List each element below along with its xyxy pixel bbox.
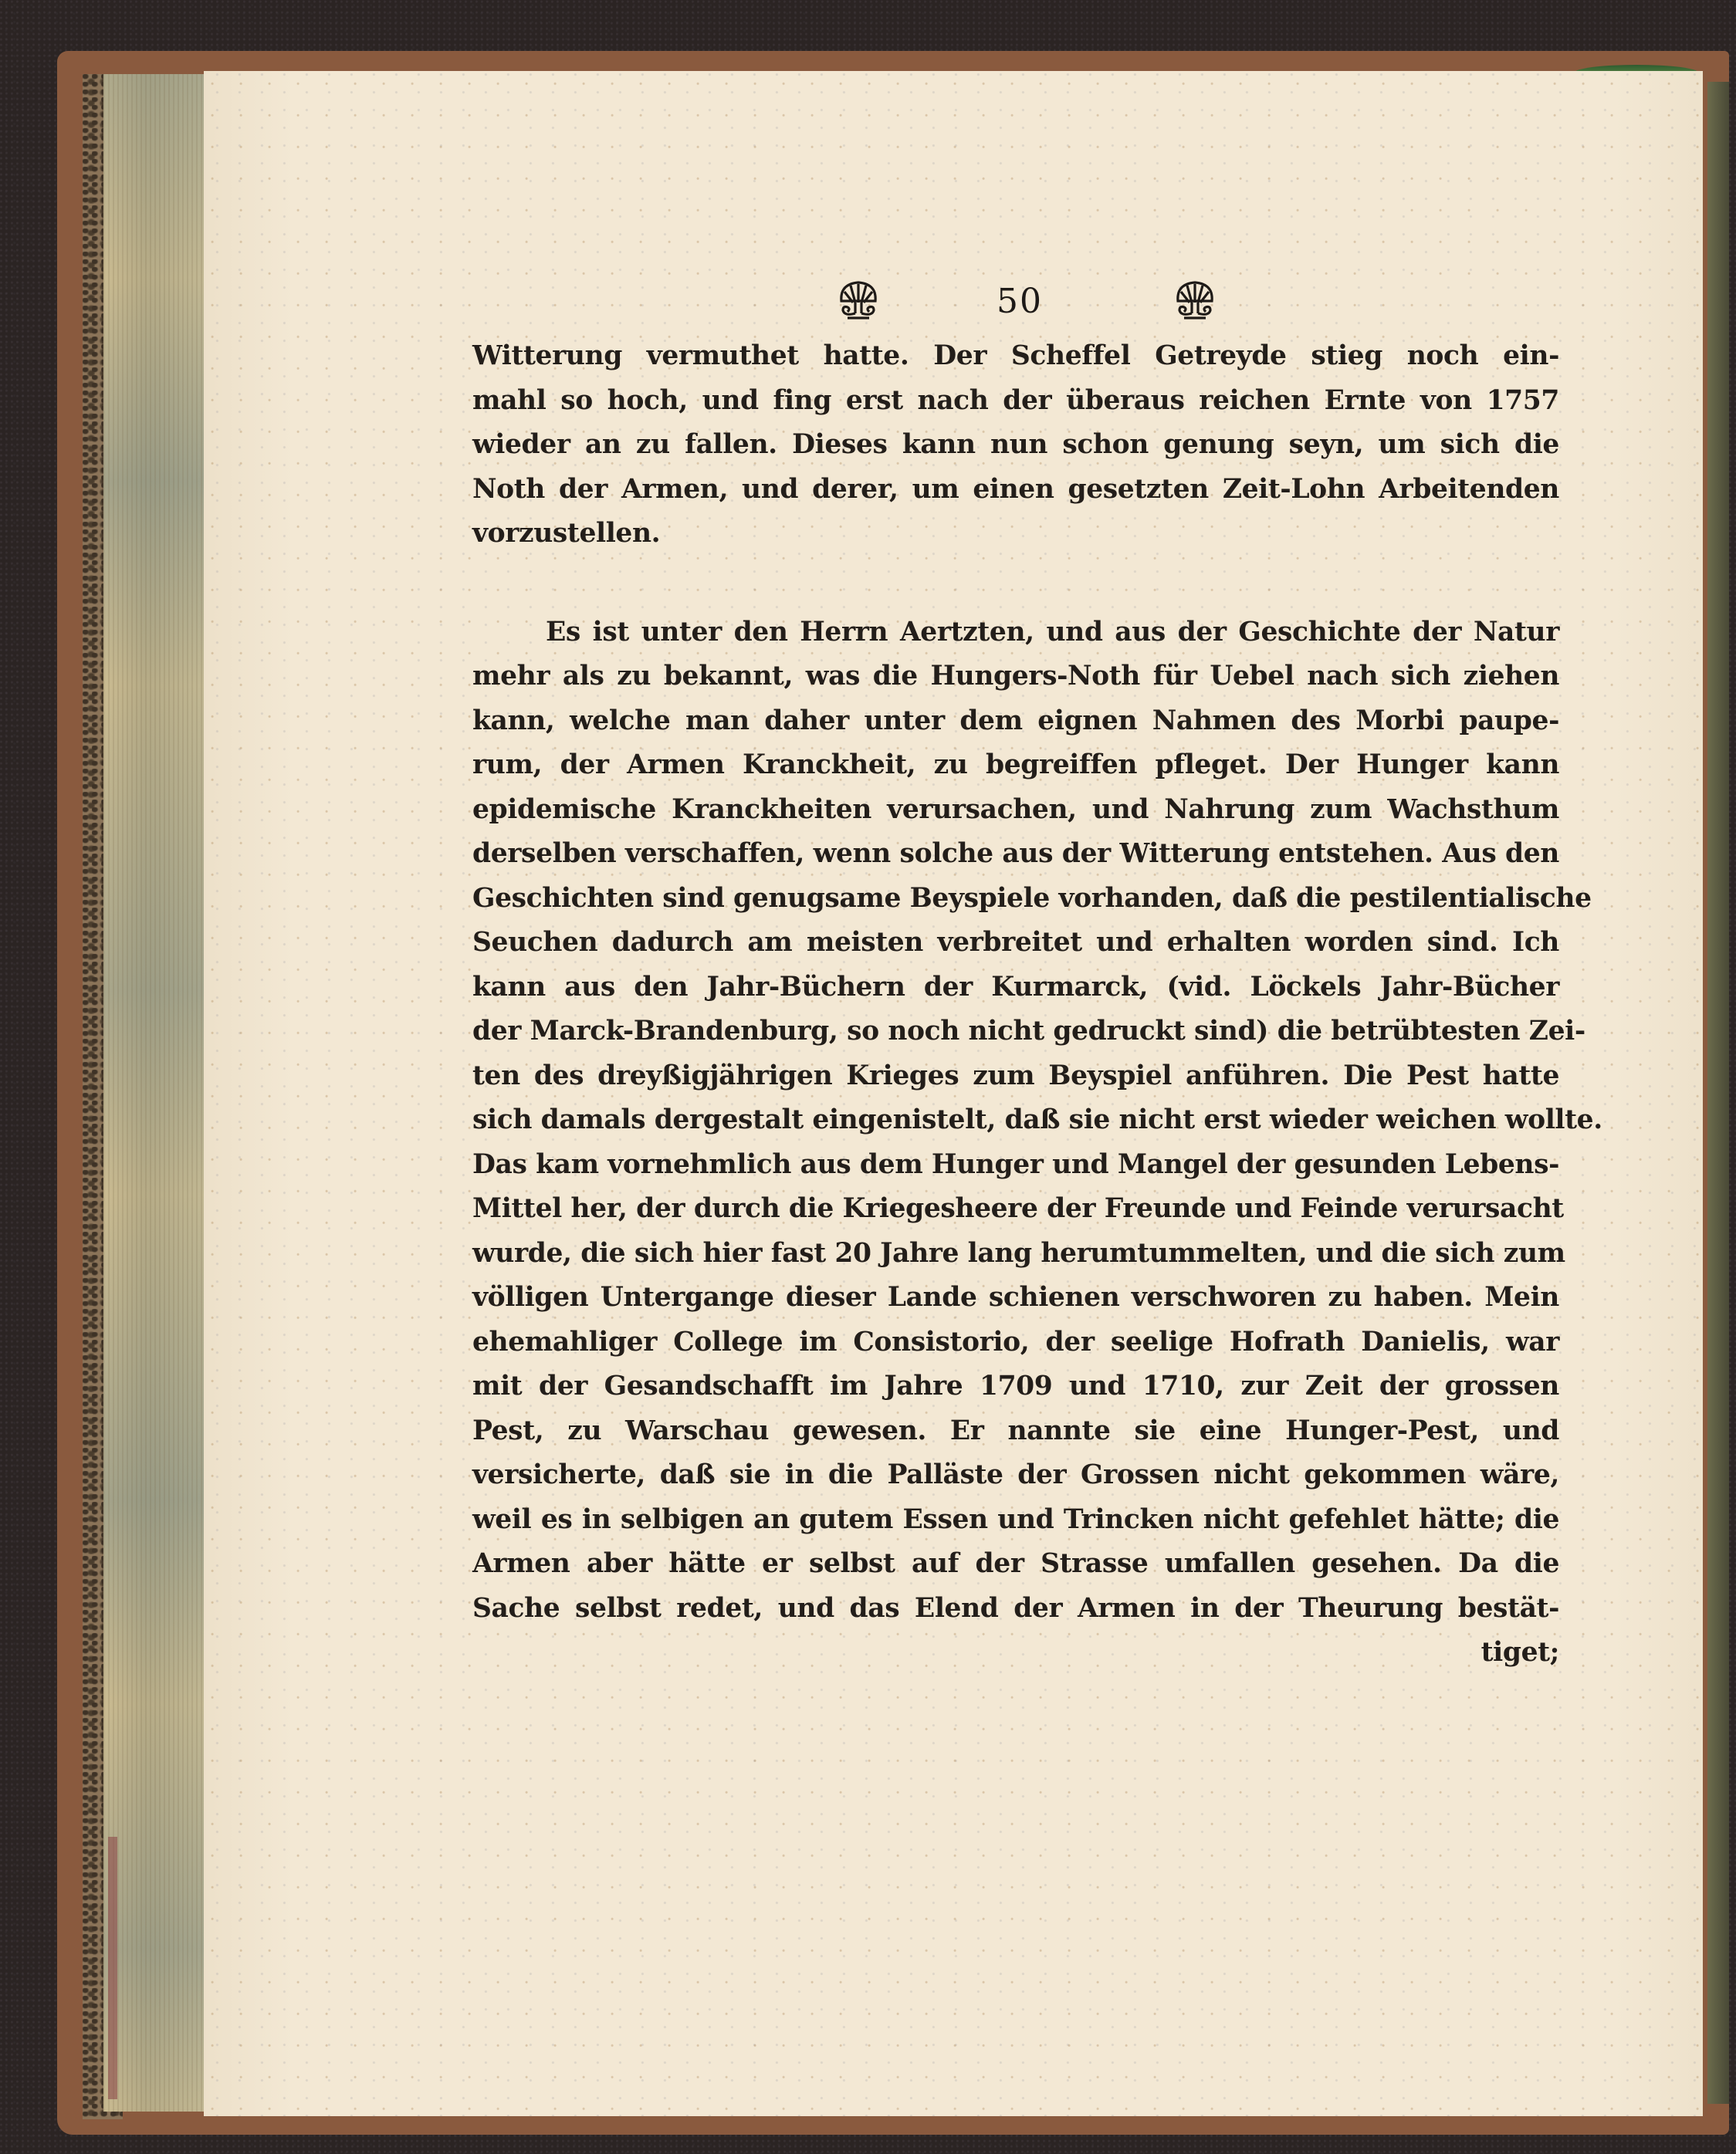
shell-ornament-icon	[834, 278, 883, 324]
paragraph-2: Es ist unter den Herrn Aertzten, und aus…	[472, 610, 1559, 1632]
text-line: derselben verschaffen, wenn solche aus d…	[472, 832, 1559, 877]
text-line: mit der Gesandschafft im Jahre 1709 und …	[472, 1364, 1559, 1409]
paragraph-1: Witterung vermuthet hatte. Der Scheffel …	[472, 334, 1559, 556]
text-line: kann, welche man daher unter dem eignen …	[472, 699, 1559, 744]
shell-ornament-icon	[1170, 278, 1220, 324]
text-line: der Marck-Brandenburg, so noch nicht ged…	[472, 1009, 1559, 1054]
text-line: mahl so hoch, und fing erst nach der übe…	[472, 379, 1559, 424]
text-line: wurde, die sich hier fast 20 Jahre lang …	[472, 1232, 1559, 1277]
text-line: Das kam vornehmlich aus dem Hunger und M…	[472, 1143, 1559, 1188]
paragraph-gap	[472, 556, 1559, 610]
body-text: Witterung vermuthet hatte. Der Scheffel …	[472, 334, 1559, 1676]
text-line: epidemische Kranckheiten verursachen, un…	[472, 788, 1559, 833]
text-line: versicherte, daß sie in die Palläste der…	[472, 1453, 1559, 1498]
page-header: 50	[834, 274, 1220, 328]
text-line: weil es in selbigen an gutem Essen und T…	[472, 1498, 1559, 1543]
text-line: Pest, zu Warschau gewesen. Er nannte sie…	[472, 1409, 1559, 1454]
text-line: Geschichten sind genugsame Beyspiele vor…	[472, 877, 1559, 921]
text-line: Seuchen dadurch am meisten verbreitet un…	[472, 921, 1559, 965]
text-line: Armen aber hätte er selbst auf der Stras…	[472, 1542, 1559, 1587]
text-line: Noth der Armen, und derer, um einen gese…	[472, 468, 1559, 512]
text-line: Es ist unter den Herrn Aertzten, und aus…	[472, 610, 1559, 655]
text-line: völligen Untergange dieser Lande schiene…	[472, 1276, 1559, 1320]
page-block-edge	[103, 74, 205, 2112]
text-line: mehr als zu bekannt, was die Hungers-Not…	[472, 654, 1559, 699]
text-line: rum, der Armen Kranckheit, zu begreiffen…	[472, 743, 1559, 788]
text-line: ehemahliger College im Consistorio, der …	[472, 1320, 1559, 1365]
catchword: tiget;	[472, 1631, 1559, 1676]
text-line: ten des dreyßigjährigen Krieges zum Beys…	[472, 1054, 1559, 1099]
text-line: sich damals dergestalt eingenistelt, daß…	[472, 1098, 1559, 1143]
page-number: 50	[997, 282, 1043, 321]
text-line: vorzustellen.	[472, 512, 1559, 556]
text-line: Sache selbst redet, und das Elend der Ar…	[472, 1587, 1559, 1632]
text-line: kann aus den Jahr-Büchern der Kurmarck, …	[472, 965, 1559, 1010]
text-line: Mittel her, der durch die Kriegesheere d…	[472, 1187, 1559, 1232]
text-line: wieder an zu fallen. Dieses kann nun sch…	[472, 423, 1559, 468]
endpaper-edge	[108, 1837, 117, 2099]
text-line: Witterung vermuthet hatte. Der Scheffel …	[472, 334, 1559, 379]
cover-right-edge	[1707, 82, 1729, 2104]
